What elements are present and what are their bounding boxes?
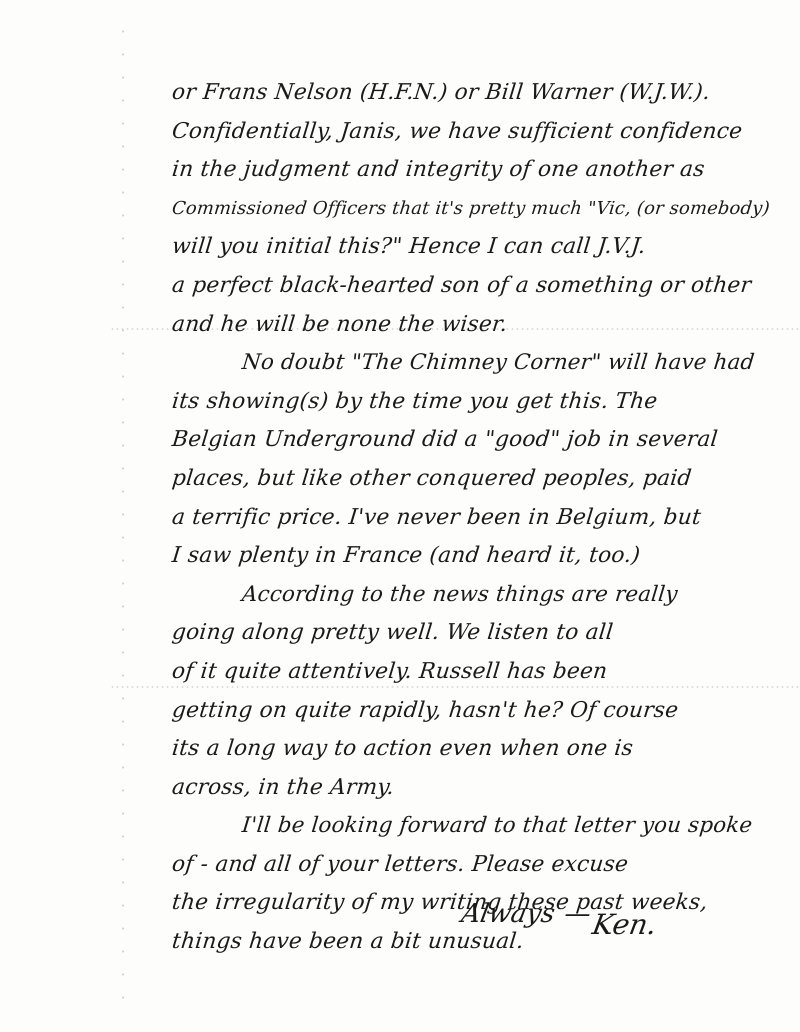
letter-line: of it quite attentively. Russell has bee…: [170, 653, 800, 692]
letter-line: or Frans Nelson (H.F.N.) or Bill Warner …: [170, 74, 800, 113]
scan-margin-artifact: [122, 20, 124, 1010]
letter-line: and he will be none the wiser.: [170, 306, 800, 345]
paragraph-start-line: I'll be looking forward to that letter y…: [170, 807, 800, 846]
valediction: Always: [459, 899, 557, 929]
letter-line: its showing(s) by the time you get this.…: [170, 383, 800, 422]
letter-line: getting on quite rapidly, hasn't he? Of …: [170, 692, 800, 731]
letter-line: Commissioned Officers that it's pretty m…: [170, 190, 800, 229]
letter-line: Belgian Underground did a "good" job in …: [170, 421, 800, 460]
letter-line: of - and all of your letters. Please exc…: [170, 846, 800, 885]
letter-line: its a long way to action even when one i…: [170, 730, 800, 769]
letter-line: in the judgment and integrity of one ano…: [170, 151, 800, 190]
letter-line: a perfect black-hearted son of a somethi…: [170, 267, 800, 306]
letter-line: will you initial this?" Hence I can call…: [170, 228, 800, 267]
letter-line: I saw plenty in France (and heard it, to…: [170, 537, 800, 576]
letter-page: or Frans Nelson (H.F.N.) or Bill Warner …: [0, 0, 800, 1032]
letter-body: or Frans Nelson (H.F.N.) or Bill Warner …: [170, 74, 800, 962]
paragraph-start-line: According to the news things are really: [170, 576, 800, 615]
letter-line: Confidentially, Janis, we have sufficien…: [170, 113, 800, 152]
letter-closing: Always—Ken.: [459, 896, 661, 929]
letter-line: across, in the Army.: [170, 769, 800, 808]
letter-line: going along pretty well. We listen to al…: [170, 614, 800, 653]
signature: Ken.: [590, 908, 659, 941]
letter-line: places, but like other conquered peoples…: [170, 460, 800, 499]
letter-line: a terrific price. I've never been in Bel…: [170, 499, 800, 538]
paragraph-start-line: No doubt "The Chimney Corner" will have …: [170, 344, 800, 383]
closing-dash: —: [562, 899, 593, 929]
